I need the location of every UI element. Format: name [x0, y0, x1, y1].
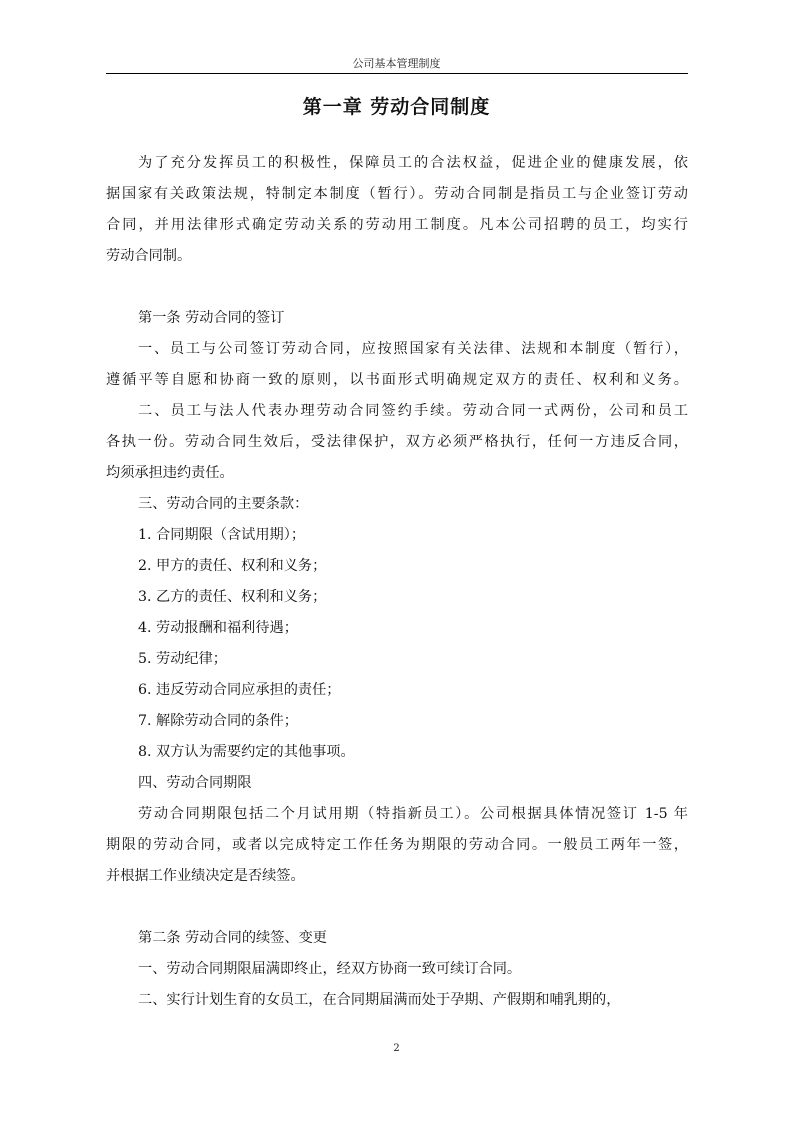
text-line: 二、员工与法人代表办理劳动合同签约手续。劳动合同一式两份，公司和员工 — [106, 396, 688, 427]
text-line: 合同，并用法律形式确定劳动关系的劳动用工制度。凡本公司招聘的员工，均实行 — [106, 210, 688, 241]
list-item: 8. 双方认为需要约定的其他事项。 — [106, 737, 688, 768]
list-item: 2. 甲方的责任、权利和义务； — [106, 551, 688, 582]
spacer — [106, 272, 688, 303]
text-line: 一、员工与公司签订劳动合同，应按照国家有关法律、法规和本制度（暂行）， — [106, 334, 688, 365]
article-heading: 第二条 劳动合同的续签、变更 — [106, 923, 688, 954]
text-line: 期限的劳动合同，或者以完成特定工作任务为期限的劳动合同。一般员工两年一签， — [106, 830, 688, 861]
document-body: 为了充分发挥员工的积极性，保障员工的合法权益，促进企业的健康发展，依 据国家有关… — [106, 148, 688, 1016]
list-item: 6. 违反劳动合同应承担的责任； — [106, 675, 688, 706]
chapter-title: 第一章 劳动合同制度 — [0, 92, 793, 119]
article-heading: 第一条 劳动合同的签订 — [106, 303, 688, 334]
list-item: 5. 劳动纪律； — [106, 644, 688, 675]
text-line: 为了充分发挥员工的积极性，保障员工的合法权益，促进企业的健康发展，依 — [106, 148, 688, 179]
list-item: 3. 乙方的责任、权利和义务； — [106, 582, 688, 613]
text-line: 劳动合同期限包括二个月试用期（特指新员工）。公司根据具体情况签订 1-5 年 — [106, 799, 688, 830]
text-line: 均须承担违约责任。 — [106, 458, 688, 489]
article-1: 第一条 劳动合同的签订 一、员工与公司签订劳动合同，应按照国家有关法律、法规和本… — [106, 303, 688, 892]
text-line: 并根据工作业绩决定是否续签。 — [106, 861, 688, 892]
page-number: 2 — [0, 1043, 793, 1054]
text-line: 据国家有关政策法规，特制定本制度（暂行）。劳动合同制是指员工与企业签订劳动 — [106, 179, 688, 210]
header-divider — [106, 73, 688, 74]
list-item: 4. 劳动报酬和福利待遇； — [106, 613, 688, 644]
list-item: 1. 合同期限（含试用期）； — [106, 520, 688, 551]
running-header: 公司基本管理制度 — [0, 55, 793, 71]
text-line: 一、劳动合同期限届满即终止，经双方协商一致可续订合同。 — [106, 954, 688, 985]
list-item: 7. 解除劳动合同的条件； — [106, 706, 688, 737]
section-heading: 三、劳动合同的主要条款： — [106, 489, 688, 520]
text-line: 二、实行计划生育的女员工，在合同期届满而处于孕期、产假期和哺乳期的， — [106, 985, 688, 1016]
text-line: 遵循平等自愿和协商一致的原则，以书面形式明确规定双方的责任、权利和义务。 — [106, 365, 688, 396]
spacer — [106, 892, 688, 923]
text-line: 劳动合同制。 — [106, 241, 688, 272]
section-heading: 四、劳动合同期限 — [106, 768, 688, 799]
intro-paragraph: 为了充分发挥员工的积极性，保障员工的合法权益，促进企业的健康发展，依 据国家有关… — [106, 148, 688, 272]
text-line: 各执一份。劳动合同生效后，受法律保护，双方必须严格执行，任何一方违反合同， — [106, 427, 688, 458]
article-2: 第二条 劳动合同的续签、变更 一、劳动合同期限届满即终止，经双方协商一致可续订合… — [106, 923, 688, 1016]
